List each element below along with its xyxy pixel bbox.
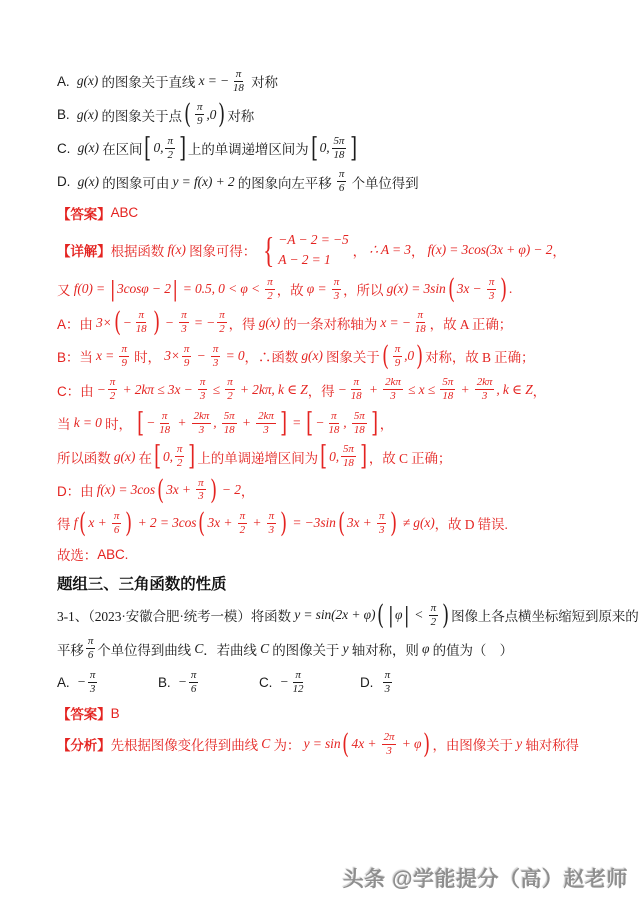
numerator: π xyxy=(198,376,207,390)
close-delimiter-icon: ) xyxy=(442,602,450,629)
numerator: 2kπ xyxy=(475,376,495,390)
text-run: 对称，故 B 正确； xyxy=(425,346,534,366)
bracket-label: 【详解】 xyxy=(57,240,111,260)
fraction: 2kπ3 xyxy=(256,410,276,437)
math-run: 0, xyxy=(320,140,330,156)
fraction: π6 xyxy=(337,168,346,195)
fraction: π2 xyxy=(175,443,184,470)
fraction: π18 xyxy=(134,309,149,336)
math-run: , k ∈ Z xyxy=(496,382,532,398)
math-run: 0, xyxy=(329,449,339,465)
denominator: 18 xyxy=(222,424,237,437)
close-delimiter-icon: ) xyxy=(423,731,431,758)
open-delimiter-icon: ( xyxy=(381,343,389,370)
analysis-line: 【分析】先根据图像变化得到曲线 C 为： y = sin(4x + 2π3 + … xyxy=(57,731,613,758)
numerator: π xyxy=(86,635,95,649)
text-run: 的图像关于 xyxy=(269,639,343,659)
math-run: k = 0 xyxy=(74,415,102,431)
fraction: π18 xyxy=(326,410,341,437)
math-run: + 2 = 3cos xyxy=(134,515,196,531)
math-run: 0, xyxy=(163,449,173,465)
open-delimiter-icon: [ xyxy=(320,443,328,470)
numerator: 2kπ xyxy=(383,376,403,390)
math-run: + xyxy=(174,415,190,431)
math-run: − xyxy=(193,348,209,364)
paren-group: (−π18) xyxy=(113,309,161,336)
text-run: 的图象关于点 xyxy=(98,105,182,125)
numerator: π xyxy=(238,510,247,524)
text-run: 又 xyxy=(57,279,74,299)
detail-line-d2: 得 f(x + π6) + 2 = 3cos(3x + π2 + π3) = −… xyxy=(57,510,613,537)
group-content: −π18, 5π18 xyxy=(314,410,369,437)
numerator: π xyxy=(429,602,438,616)
group-content: x + π6 xyxy=(87,510,124,537)
paren-group: (3x + π2 + π3) xyxy=(197,510,288,537)
numerator: π xyxy=(136,309,145,323)
numerator: π xyxy=(165,135,174,149)
denominator: 6 xyxy=(189,683,198,696)
fraction: 5π18 xyxy=(341,443,356,470)
math-run: − xyxy=(162,315,178,331)
numerator: 5π xyxy=(352,410,367,424)
numerator: π xyxy=(337,168,346,182)
text-run: 为： xyxy=(270,734,303,754)
problem-line-2: 平移π6个单位得到曲线 C．若曲线 C 的图像关于 y 轴对称，则 φ 的值为（… xyxy=(57,635,613,662)
math-run: . xyxy=(509,281,512,297)
close-delimiter-icon: ] xyxy=(179,135,187,162)
option-label: A. xyxy=(57,675,77,690)
text-run: ，所以 xyxy=(343,279,386,299)
math-run: − xyxy=(178,674,187,690)
text-run: 由 xyxy=(80,480,97,500)
fraction: π3 xyxy=(383,669,392,696)
option-item: C. −π12 xyxy=(259,669,360,696)
numerator: π xyxy=(416,309,425,323)
bracket-group: [0,5π18] xyxy=(310,135,359,162)
open-delimiter-icon: [ xyxy=(137,409,145,436)
math-run: , xyxy=(213,415,220,431)
problem-line-1: 3-1、（2023·安徽合肥·统考一模）将函数 y = sin(2x + φ)(… xyxy=(57,602,613,629)
document-content: A. g(x) 的图象关于直线 x = −π18 对称B. g(x) 的图象关于… xyxy=(57,68,613,764)
numerator: π xyxy=(88,669,97,683)
fraction: π2 xyxy=(225,376,234,403)
latin-run: ABC xyxy=(111,205,138,220)
math-run: 3x − xyxy=(457,281,485,297)
numerator: π xyxy=(487,276,496,290)
detail-line-d1: D：由 f(x) = 3cos(3x + π3) − 2， xyxy=(57,477,613,504)
math-run: g(x) xyxy=(77,107,98,123)
numerator: 5π xyxy=(332,135,347,149)
denominator: 3 xyxy=(267,524,276,537)
text-run: 的值为（ ） xyxy=(429,639,513,659)
denominator: 18 xyxy=(157,424,172,437)
denominator: 3 xyxy=(88,683,97,696)
text-run: 在区间 xyxy=(99,138,142,158)
paren-group: (π9,0) xyxy=(381,343,424,370)
detail-line-c1: C：由 −π2 + 2kπ ≤ 3x − π3 ≤ π2 + 2kπ, k ∈ … xyxy=(57,376,613,403)
numerator: π xyxy=(175,443,184,457)
open-delimiter-icon: ( xyxy=(113,309,121,336)
numerator: 2kπ xyxy=(256,410,276,424)
option-item: A. −π3 xyxy=(57,669,158,696)
bracket-group: [0,π2] xyxy=(143,135,186,162)
math-run: φ xyxy=(422,641,429,657)
fraction: π3 xyxy=(198,376,207,403)
text-run: ， xyxy=(552,240,565,260)
option-item: D. π3 xyxy=(360,669,461,696)
fraction: π2 xyxy=(429,602,438,629)
latin-run: C. xyxy=(57,141,78,156)
math-run: − xyxy=(315,415,324,431)
text-run: ，得 xyxy=(308,380,338,400)
denominator: 2 xyxy=(217,323,226,336)
denominator: 3 xyxy=(211,357,220,370)
detail-line-c3: 所以函数 g(x) 在[0,π2]上的单调递增区间为[0,5π18]，故 C 正… xyxy=(57,443,613,470)
conclusion-line: 故选：ABC. xyxy=(57,543,613,565)
math-run: ,0 xyxy=(206,107,216,123)
group-content: φ xyxy=(394,607,403,623)
open-delimiter-icon: [ xyxy=(310,135,318,162)
text-run: 所以函数 xyxy=(57,447,114,467)
bracket-label: 【答案】 xyxy=(57,203,111,223)
denominator: 18 xyxy=(231,82,246,95)
fraction: 5π18 xyxy=(222,410,237,437)
denominator: 18 xyxy=(341,457,356,470)
math-run: C xyxy=(194,641,203,657)
math-run: C xyxy=(260,641,269,657)
numerator: π xyxy=(182,343,191,357)
denominator: 3 xyxy=(480,390,489,403)
numerator: π xyxy=(293,669,302,683)
fraction: π18 xyxy=(413,309,428,336)
text-run: 上的单调递增区间为 xyxy=(197,447,318,467)
options-row: A. −π3B. −π6C. −π12D. π3 xyxy=(57,669,613,696)
text-run: 轴对称，则 xyxy=(348,639,422,659)
math-run: 3× xyxy=(164,348,180,364)
option-label: D. xyxy=(360,675,381,690)
text-run: 故选： xyxy=(57,544,97,564)
denominator: 9 xyxy=(119,357,128,370)
text-run: 个单位得到 xyxy=(348,172,418,192)
math-run: − xyxy=(146,415,155,431)
math-run: − 2 xyxy=(219,482,241,498)
latin-run: B： xyxy=(57,346,79,366)
option-item: B. −π6 xyxy=(158,669,259,696)
fraction: π3 xyxy=(332,276,341,303)
bracket-group: [−π18, 5π18] xyxy=(305,410,378,437)
option-line-d: D. g(x) 的图象可由 y = f(x) + 2 的图象向左平移 π6 个单… xyxy=(57,168,613,195)
latin-run: D. xyxy=(57,174,78,189)
answer-line-2: 【答案】B xyxy=(57,702,613,724)
fraction: π6 xyxy=(86,635,95,662)
denominator: 3 xyxy=(179,323,188,336)
open-delimiter-icon: ( xyxy=(377,602,385,629)
open-delimiter-icon: ( xyxy=(184,101,192,128)
option-label: C. xyxy=(259,675,280,690)
denominator: 18 xyxy=(440,390,455,403)
text-run: 轴对称得 xyxy=(522,734,579,754)
detail-intro-line: 【详解】根据函数 f(x) 图象可得：{−A − 2 = −5A − 2 = 1… xyxy=(57,230,613,269)
denominator: 3 xyxy=(196,490,205,503)
numerator: π xyxy=(225,376,234,390)
fraction: π6 xyxy=(189,669,198,696)
math-run: x = − xyxy=(199,73,229,89)
math-run: + xyxy=(239,415,255,431)
math-run: f(x) xyxy=(167,242,185,258)
close-delimiter-icon: ] xyxy=(370,409,378,436)
math-run: + xyxy=(249,515,265,531)
fraction: π18 xyxy=(231,68,246,95)
text-run: 当 xyxy=(57,413,74,433)
math-run: φ = xyxy=(307,281,330,297)
denominator: 9 xyxy=(195,115,204,128)
close-delimiter-icon: | xyxy=(172,279,179,300)
numerator: π xyxy=(377,510,386,524)
numerator: π xyxy=(196,477,205,491)
fraction: π12 xyxy=(291,669,306,696)
denominator: 3 xyxy=(388,390,397,403)
detail-line-a: A：由 3×(−π18) − π3 = −π2，得 g(x) 的一条对称轴为 x… xyxy=(57,309,613,336)
latin-run: B. xyxy=(57,107,77,122)
math-run: 3x + xyxy=(166,482,194,498)
close-delimiter-icon: ] xyxy=(279,409,287,436)
open-delimiter-icon: ( xyxy=(337,510,345,537)
group-content: π9,0 xyxy=(192,101,217,128)
fraction: 5π18 xyxy=(440,376,455,403)
group-content: |φ| < π2 xyxy=(385,602,441,629)
fraction: π3 xyxy=(211,343,220,370)
text-run: ，故 D 错误. xyxy=(435,513,508,533)
denominator: 2 xyxy=(429,616,438,629)
denominator: 3 xyxy=(261,424,270,437)
math-run: ,0 xyxy=(404,348,414,364)
denominator: 2 xyxy=(165,149,174,162)
open-delimiter-icon: ( xyxy=(342,731,350,758)
detail-phi-line: 又 f(0) = |3cosφ − 2| = 0.5, 0 < φ < π2，故… xyxy=(57,276,613,303)
denominator: 3 xyxy=(487,290,496,303)
math-run: − xyxy=(123,315,132,331)
open-delimiter-icon: | xyxy=(387,605,394,626)
numerator: π xyxy=(189,669,198,683)
fraction: π2 xyxy=(165,135,174,162)
text-run: 对称 xyxy=(248,71,278,91)
denominator: 12 xyxy=(291,683,306,696)
numerator: π xyxy=(265,276,274,290)
group-content: 3x + π3 xyxy=(165,477,209,504)
open-delimiter-icon: [ xyxy=(154,443,162,470)
fraction: π18 xyxy=(157,410,172,437)
open-delimiter-icon: [ xyxy=(306,409,314,436)
math-run: − xyxy=(97,382,106,398)
section-header: 题组三、三角函数的性质 xyxy=(57,572,613,594)
fraction: π3 xyxy=(267,510,276,537)
denominator: 9 xyxy=(182,357,191,370)
group-content: 3x + π3 xyxy=(346,510,390,537)
close-delimiter-icon: ] xyxy=(188,443,196,470)
equation-system: {−A − 2 = −5A − 2 = 1 xyxy=(260,230,349,269)
close-delimiter-icon: ) xyxy=(390,510,398,537)
close-delimiter-icon: ) xyxy=(218,101,226,128)
latin-run: A： xyxy=(57,313,79,333)
math-run: x = xyxy=(96,348,117,364)
close-delimiter-icon: ) xyxy=(209,476,217,503)
group-content: 3cosφ − 2 xyxy=(116,281,172,297)
latin-run: C： xyxy=(57,380,80,400)
group-content: −π18 xyxy=(122,309,152,336)
text-run: ， xyxy=(353,240,370,260)
numerator: 2π xyxy=(382,731,397,745)
fraction: 2kπ3 xyxy=(475,376,495,403)
open-delimiter-icon: [ xyxy=(144,135,152,162)
latin-run: B xyxy=(111,706,120,721)
math-run: C xyxy=(261,736,270,752)
math-run: + φ xyxy=(398,736,421,752)
text-run: 由 xyxy=(79,313,96,333)
denominator: 18 xyxy=(332,149,347,162)
worksheet-page: A. g(x) 的图象关于直线 x = −π18 对称B. g(x) 的图象关于… xyxy=(0,0,640,905)
fraction: 2kπ3 xyxy=(192,410,212,437)
math-run: ∴ A = 3 xyxy=(369,242,411,258)
close-delimiter-icon: ) xyxy=(152,309,160,336)
text-run: 由 xyxy=(80,380,97,400)
math-run: = 0.5, 0 < φ < xyxy=(179,281,263,297)
math-run: 3x + xyxy=(208,515,236,531)
text-run: 得 xyxy=(57,513,74,533)
math-run: g(x) xyxy=(77,73,98,89)
fraction: π2 xyxy=(265,276,274,303)
fraction: π3 xyxy=(196,477,205,504)
math-run: g(x) xyxy=(78,174,99,190)
math-run: < xyxy=(411,607,427,623)
bracket-label: 【答案】 xyxy=(57,703,111,723)
denominator: 3 xyxy=(198,390,207,403)
text-run: 平移 xyxy=(57,639,84,659)
watermark: 头条 @学能提分（高）赵老师 xyxy=(343,863,628,893)
text-run: 的图象向左平移 xyxy=(235,172,335,192)
group-content: 0,5π18 xyxy=(319,135,350,162)
denominator: 3 xyxy=(383,683,392,696)
close-delimiter-icon: ] xyxy=(359,443,367,470)
denominator: 18 xyxy=(352,424,367,437)
numerator: π xyxy=(108,376,117,390)
fraction: 2kπ3 xyxy=(383,376,403,403)
text-run: 的一条对称轴为 xyxy=(280,313,380,333)
math-run: + xyxy=(457,382,473,398)
text-run: 图象关于 xyxy=(323,346,380,366)
math-run: g(x) xyxy=(259,315,280,331)
numerator: π xyxy=(234,68,243,82)
bracket-label: 【分析】 xyxy=(57,734,111,754)
numerator: π xyxy=(195,101,204,115)
denominator: 6 xyxy=(86,649,95,662)
latin-run: D： xyxy=(57,480,80,500)
math-run: 3x + xyxy=(347,515,375,531)
text-run: ．若曲线 xyxy=(203,639,260,659)
text-run: 图像上各点横坐标缩短到原来的 xyxy=(451,605,639,625)
text-run: 题组三、三角函数的性质 xyxy=(57,572,226,594)
math-run: g(x) xyxy=(78,140,99,156)
denominator: 3 xyxy=(377,524,386,537)
math-run: y = sin(2x + φ) xyxy=(294,607,375,623)
text-run: 的图象关于直线 xyxy=(98,71,198,91)
fraction: π3 xyxy=(377,510,386,537)
fraction: π9 xyxy=(195,101,204,128)
denominator: 9 xyxy=(393,357,402,370)
math-run: φ xyxy=(395,607,402,623)
open-delimiter-icon: ( xyxy=(157,476,165,503)
math-run: f(0) = xyxy=(74,281,109,297)
option-label: B. xyxy=(158,675,178,690)
math-run: g(x) = 3sin xyxy=(387,281,446,297)
denominator: 2 xyxy=(225,390,234,403)
numerator: π xyxy=(329,410,338,424)
math-run: 3cosφ − 2 xyxy=(117,281,171,297)
math-run: = −3sin xyxy=(289,515,336,531)
fraction: π6 xyxy=(112,510,121,537)
numerator: 5π xyxy=(440,376,455,390)
open-delimiter-icon: ( xyxy=(79,510,87,537)
numerator: π xyxy=(112,510,121,524)
bracket-group: [0,5π18] xyxy=(319,443,368,470)
fraction: π9 xyxy=(119,343,128,370)
fraction: π18 xyxy=(349,376,364,403)
open-delimiter-icon: ( xyxy=(198,510,206,537)
answer-line-1: 【答案】ABC xyxy=(57,202,613,224)
fraction: π2 xyxy=(108,376,117,403)
math-run: 3× xyxy=(96,315,112,331)
denominator: 18 xyxy=(349,390,364,403)
math-run: x = − xyxy=(380,315,410,331)
group-content: 3x − π3 xyxy=(456,276,500,303)
brace-icon: { xyxy=(263,234,274,266)
denominator: 3 xyxy=(332,290,341,303)
text-run: 当 xyxy=(79,346,96,366)
math-run: + xyxy=(366,382,382,398)
fraction: 5π18 xyxy=(352,410,367,437)
denominator: 18 xyxy=(413,323,428,336)
denominator: 18 xyxy=(326,424,341,437)
group-content: 0,π2 xyxy=(153,135,178,162)
text-run: ，得 xyxy=(229,313,259,333)
math-run: ≠ g(x) xyxy=(399,515,434,531)
fraction: π9 xyxy=(393,343,402,370)
paren-group: (3x + π3) xyxy=(337,510,399,537)
paren-group: (3x − π3) xyxy=(447,276,509,303)
text-run: 时， xyxy=(102,413,135,433)
text-run: ， xyxy=(411,240,428,260)
fraction: π9 xyxy=(182,343,191,370)
equation-row: −A − 2 = −5 xyxy=(278,230,348,250)
text-run: ，故 A 正确； xyxy=(430,313,512,333)
fraction: π3 xyxy=(88,669,97,696)
close-delimiter-icon: ) xyxy=(416,343,424,370)
equation-rows: −A − 2 = −5A − 2 = 1 xyxy=(278,230,348,269)
text-run: ，∴函数 xyxy=(245,346,302,366)
equation-row: A − 2 = 1 xyxy=(278,250,348,270)
text-run: 时， xyxy=(131,346,164,366)
denominator: 2 xyxy=(238,524,247,537)
group-content: π9,0 xyxy=(390,343,415,370)
numerator: 2kπ xyxy=(192,410,212,424)
math-run: = xyxy=(289,415,305,431)
denominator: 3 xyxy=(384,745,393,758)
option-line-c: C. g(x) 在区间[0,π2]上的单调递增区间为[0,5π18] xyxy=(57,135,613,162)
numerator: π xyxy=(332,276,341,290)
math-run: y = f(x) + 2 xyxy=(173,174,235,190)
math-run: g(x) xyxy=(301,348,322,364)
abs-group: |φ| xyxy=(387,607,410,624)
math-run: f(x) = 3cos(3x + φ) − 2 xyxy=(428,242,553,258)
